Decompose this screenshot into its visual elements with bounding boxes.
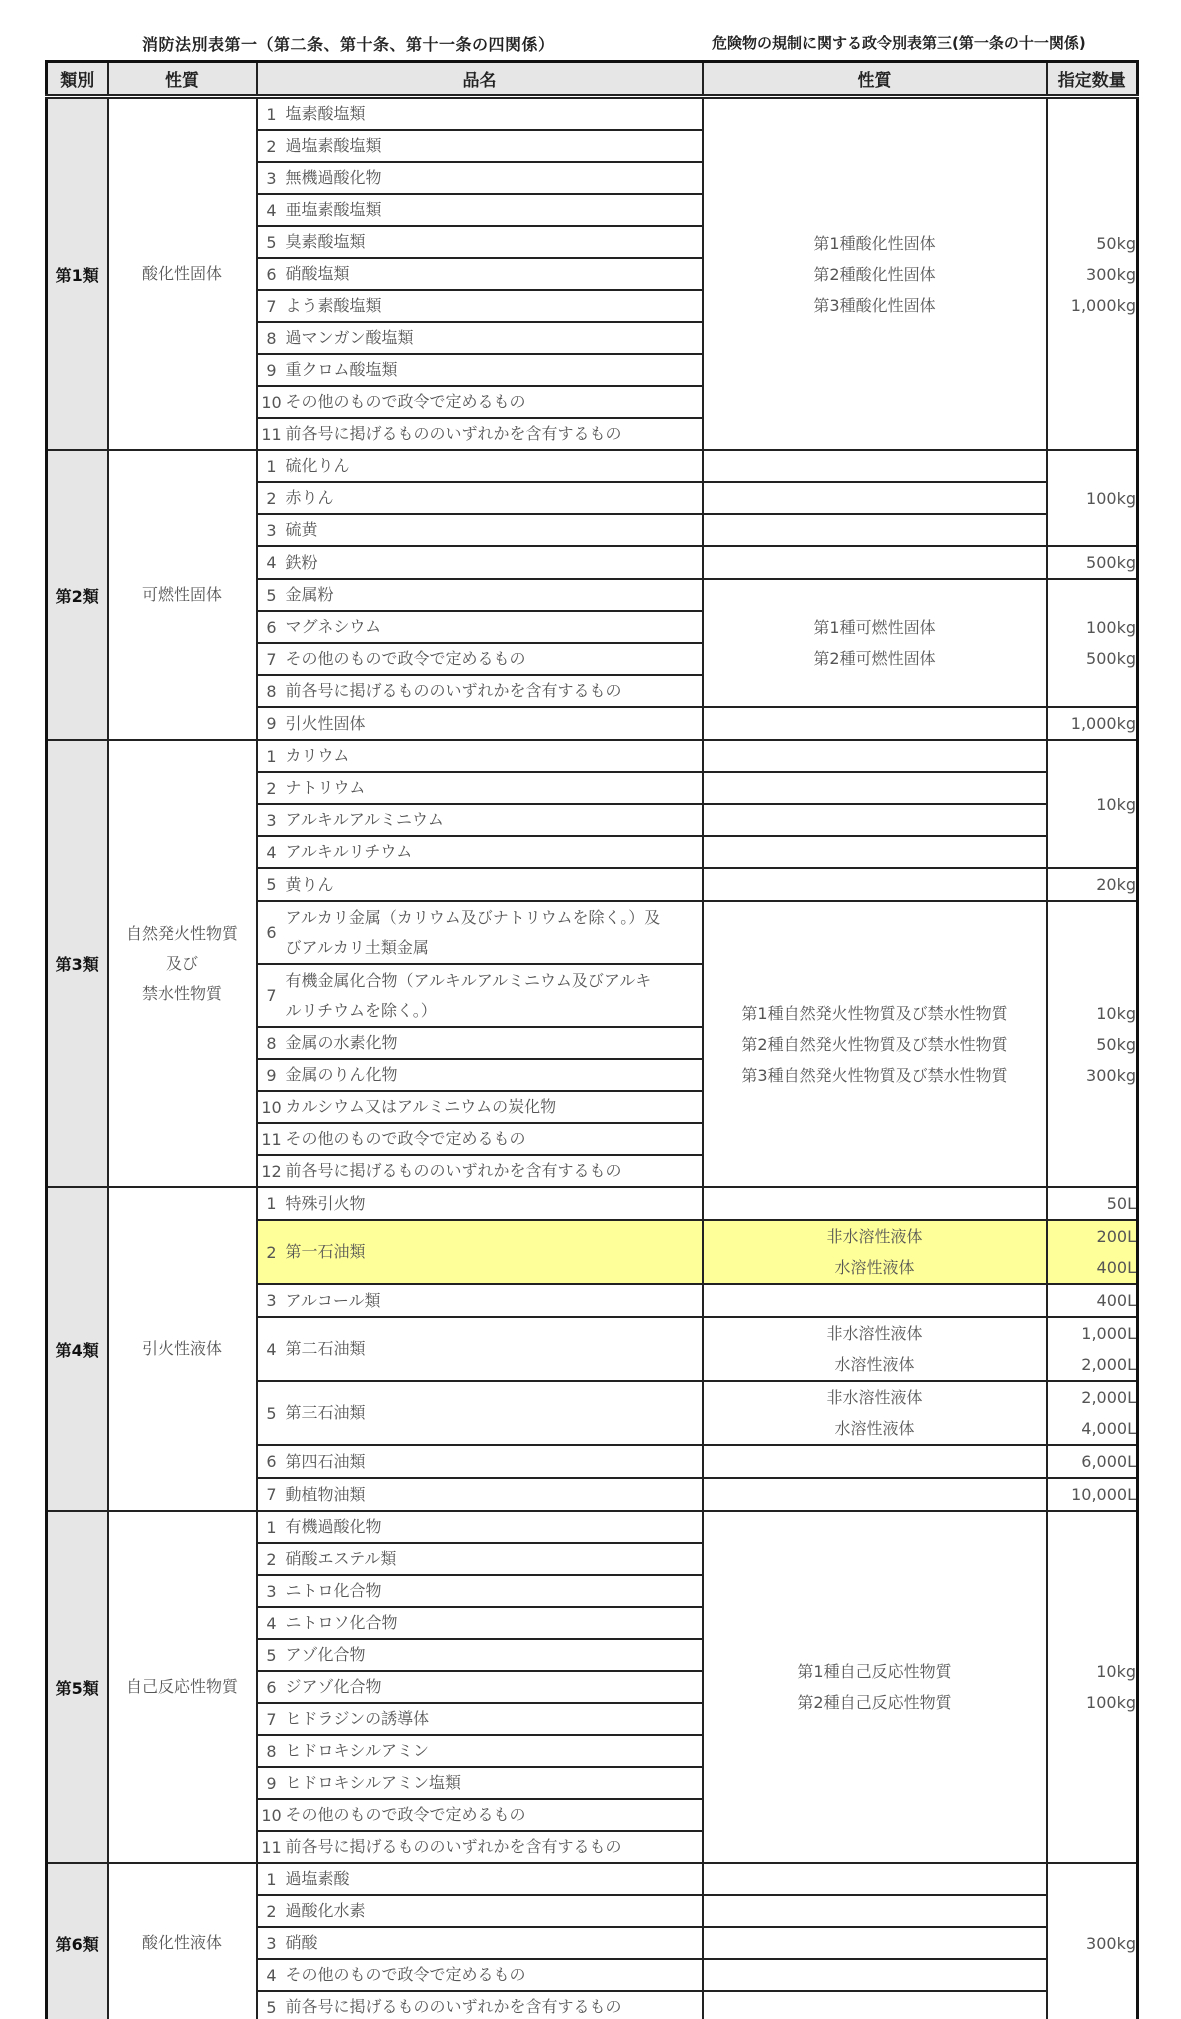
item-cell: 4第二石油類 [257,1317,703,1381]
item-name: ヒドロキシルアミン [286,1736,666,1766]
item-name: 過塩素酸塩類 [286,131,666,161]
property-cell [703,1991,1047,2019]
item-number: 3 [258,811,286,830]
item-number: 5 [258,875,286,894]
class-nature: 可燃性固体 [108,450,257,740]
header-row: 類別 性質 品名 性質 指定数量 [47,62,1138,97]
item-cell: 9金属のりん化物 [257,1059,703,1091]
table-row: 第3類 自然発火性物質 及び 禁水性物質 1カリウム 10kg [47,740,1138,772]
quantity-line: 300kg [1048,259,1137,290]
item-name: ナトリウム [286,773,666,803]
property-cell [703,546,1047,579]
property-cell [703,868,1047,901]
item-number: 6 [258,265,286,284]
quantity-line: 2,000L [1048,1382,1137,1413]
item-cell: 2硝酸エステル類 [257,1543,703,1575]
quantity-line: 1,000L [1048,1318,1137,1349]
item-cell: 2第一石油類 [257,1220,703,1284]
header-property: 性質 [703,62,1047,97]
class-label: 第6類 [47,1863,108,2019]
item-cell: 9ヒドロキシルアミン塩類 [257,1767,703,1799]
item-name: 有機金属化合物（アルキルアルミニウム及びアルキルリチウムを除く。） [286,966,666,1026]
property-line: 第3種自然発火性物質及び禁水性物質 [704,1060,1046,1091]
item-name: ヒドロキシルアミン塩類 [286,1768,666,1798]
header-quantity: 指定数量 [1047,62,1138,97]
item-name: その他のもので政令で定めるもの [286,387,666,417]
property-cell [703,740,1047,772]
item-cell: 5臭素酸塩類 [257,226,703,258]
item-cell: 8金属の水素化物 [257,1027,703,1059]
item-name: 前各号に掲げるもののいずれかを含有するもの [286,1832,666,1862]
property-cell: 非水溶性液体 水溶性液体 [703,1317,1047,1381]
hazardous-materials-table: 類別 性質 品名 性質 指定数量 第1類 酸化性固体 1塩素酸塩類 第1種酸化性… [45,60,1139,2019]
item-cell: 1塩素酸塩類 [257,97,703,131]
item-cell: 2過酸化水素 [257,1895,703,1927]
item-number: 10 [258,1098,286,1117]
item-cell: 2赤りん [257,482,703,514]
item-cell: 5金属粉 [257,579,703,611]
quantity-cell: 20kg [1047,868,1138,901]
property-cell [703,1445,1047,1478]
item-number: 2 [258,137,286,156]
quantity-cell: 10,000L [1047,1478,1138,1511]
quantity-line: 50kg [1048,228,1137,259]
item-number: 11 [258,1130,286,1149]
item-name: 第二石油類 [286,1334,666,1364]
item-name: 過マンガン酸塩類 [286,323,666,353]
quantity-cell: 500kg [1047,546,1138,579]
item-number: 4 [258,553,286,572]
item-cell: 2ナトリウム [257,772,703,804]
item-cell: 10その他のもので政令で定めるもの [257,386,703,418]
item-number: 2 [258,1550,286,1569]
property-cell: 第1種酸化性固体 第2種酸化性固体 第3種酸化性固体 [703,97,1047,451]
item-name: 第一石油類 [286,1237,666,1267]
class-label: 第5類 [47,1511,108,1863]
property-line: 第2種自己反応性物質 [704,1687,1046,1718]
property-cell [703,1187,1047,1220]
item-name: ジアゾ化合物 [286,1672,666,1702]
property-line: 第1種酸化性固体 [704,228,1046,259]
item-number: 10 [258,1806,286,1825]
item-cell: 8前各号に掲げるもののいずれかを含有するもの [257,675,703,707]
item-cell: 6アルカリ金属（カリウム及びナトリウムを除く。）及びアルカリ土類金属 [257,901,703,964]
property-cell [703,1863,1047,1895]
item-number: 3 [258,1934,286,1953]
quantity-cell: 300kg [1047,1863,1138,2019]
item-name: アゾ化合物 [286,1640,666,1670]
table-row: 第6類 酸化性液体 1過塩素酸 300kg [47,1863,1138,1895]
item-cell: 1カリウム [257,740,703,772]
item-number: 1 [258,1870,286,1889]
item-number: 9 [258,1774,286,1793]
header-class: 類別 [47,62,108,97]
nature-line: 禁水性物質 [109,979,256,1009]
item-cell: 7有機金属化合物（アルキルアルミニウム及びアルキルリチウムを除く。） [257,964,703,1027]
item-number: 7 [258,986,286,1005]
item-number: 1 [258,105,286,124]
item-cell: 4鉄粉 [257,546,703,579]
property-cell [703,772,1047,804]
item-name: 硫黄 [286,515,666,545]
item-name: 重クロム酸塩類 [286,355,666,385]
item-number: 6 [258,1452,286,1471]
quantity-line: 2,000L [1048,1349,1137,1380]
property-line: 非水溶性液体 [704,1382,1046,1413]
quantity-cell: 1,000L 2,000L [1047,1317,1138,1381]
item-name: アルキルリチウム [286,837,666,867]
item-cell: 7ヒドラジンの誘導体 [257,1703,703,1735]
class-nature: 自然発火性物質 及び 禁水性物質 [108,740,257,1187]
table-title-fire-service-act: 消防法別表第一（第二条、第十条、第十一条の四関係） [142,32,555,55]
property-line: 第2種可燃性固体 [704,643,1046,674]
class-label: 第2類 [47,450,108,740]
quantity-cell: 200L 400L [1047,1220,1138,1284]
item-name: ニトロソ化合物 [286,1608,666,1638]
item-number: 2 [258,1902,286,1921]
quantity-line: 500kg [1048,643,1137,674]
item-number: 4 [258,1614,286,1633]
property-line: 水溶性液体 [704,1349,1046,1380]
property-cell: 非水溶性液体 水溶性液体 [703,1381,1047,1445]
item-cell: 3アルキルアルミニウム [257,804,703,836]
nature-line: 酸化性液体 [109,1928,256,1958]
property-cell [703,707,1047,740]
item-number: 3 [258,1291,286,1310]
item-name: 第四石油類 [286,1447,666,1477]
item-cell: 1特殊引火物 [257,1187,703,1220]
item-cell: 4ニトロソ化合物 [257,1607,703,1639]
item-name: カリウム [286,741,666,771]
item-name: 特殊引火物 [286,1189,666,1219]
item-cell: 5アゾ化合物 [257,1639,703,1671]
item-cell: 11前各号に掲げるもののいずれかを含有するもの [257,418,703,450]
item-cell: 5前各号に掲げるもののいずれかを含有するもの [257,1991,703,2019]
property-cell [703,836,1047,868]
item-cell: 10その他のもので政令で定めるもの [257,1799,703,1831]
quantity-line: 100kg [1048,1687,1137,1718]
nature-line: 及び [109,949,256,979]
item-cell: 3硫黄 [257,514,703,546]
item-name: 金属のりん化物 [286,1060,666,1090]
quantity-line: 300kg [1048,1060,1137,1091]
item-cell: 11その他のもので政令で定めるもの [257,1123,703,1155]
item-name: カルシウム又はアルミニウムの炭化物 [286,1092,666,1122]
item-cell: 1硫化りん [257,450,703,482]
item-number: 1 [258,747,286,766]
item-name: 前各号に掲げるもののいずれかを含有するもの [286,1156,666,1186]
nature-line: 引火性液体 [109,1334,256,1364]
item-name: 硫化りん [286,451,666,481]
quantity-cell: 2,000L 4,000L [1047,1381,1138,1445]
property-cell [703,1895,1047,1927]
quantity-cell: 100kg [1047,450,1138,546]
property-line: 非水溶性液体 [704,1318,1046,1349]
class-label: 第4類 [47,1187,108,1511]
item-cell: 6第四石油類 [257,1445,703,1478]
class-label: 第3類 [47,740,108,1187]
item-number: 1 [258,457,286,476]
item-number: 7 [258,1710,286,1729]
item-number: 3 [258,521,286,540]
item-number: 6 [258,618,286,637]
quantity-line: 4,000L [1048,1413,1137,1444]
quantity-line: 10kg [1048,1656,1137,1687]
item-number: 5 [258,1998,286,2017]
item-name: 過酸化水素 [286,1896,666,1926]
item-number: 4 [258,1340,286,1359]
quantity-cell: 10kg [1047,740,1138,868]
property-cell [703,482,1047,514]
property-line: 非水溶性液体 [704,1221,1046,1252]
item-cell: 7その他のもので政令で定めるもの [257,643,703,675]
item-number: 4 [258,1966,286,1985]
item-name: 硝酸エステル類 [286,1544,666,1574]
item-cell: 7動植物油類 [257,1478,703,1511]
property-line: 第1種自然発火性物質及び禁水性物質 [704,998,1046,1029]
item-number: 8 [258,1034,286,1053]
item-number: 2 [258,1243,286,1262]
item-cell: 3硝酸 [257,1927,703,1959]
property-line: 第1種自己反応性物質 [704,1656,1046,1687]
item-name: 引火性固体 [286,709,666,739]
item-number: 11 [258,1838,286,1857]
item-name: その他のもので政令で定めるもの [286,644,666,674]
item-name: 有機過酸化物 [286,1512,666,1542]
item-cell: 9引火性固体 [257,707,703,740]
item-number: 4 [258,843,286,862]
item-number: 9 [258,361,286,380]
quantity-line: 10kg [1048,998,1137,1029]
item-number: 2 [258,489,286,508]
item-name: 黄りん [286,870,666,900]
header-nature: 性質 [108,62,257,97]
property-cell [703,450,1047,482]
item-name: 金属粉 [286,580,666,610]
item-name: 無機過酸化物 [286,163,666,193]
property-line: 第1種可燃性固体 [704,612,1046,643]
item-cell: 9重クロム酸塩類 [257,354,703,386]
quantity-line: 200L [1048,1221,1137,1252]
item-name: マグネシウム [286,612,666,642]
quantity-cell: 50kg 300kg 1,000kg [1047,97,1138,451]
quantity-cell: 100kg 500kg [1047,579,1138,707]
quantity-line: 400L [1048,1252,1137,1283]
item-name: アルキルアルミニウム [286,805,666,835]
class-nature: 引火性液体 [108,1187,257,1511]
item-cell: 4亜塩素酸塩類 [257,194,703,226]
item-number: 9 [258,1066,286,1085]
class-nature: 自己反応性物質 [108,1511,257,1863]
quantity-cell: 1,000kg [1047,707,1138,740]
property-cell: 第1種自然発火性物質及び禁水性物質 第2種自然発火性物質及び禁水性物質 第3種自… [703,901,1047,1187]
property-cell [703,1284,1047,1317]
table-row: 第4類 引火性液体 1特殊引火物 50L [47,1187,1138,1220]
item-cell: 4その他のもので政令で定めるもの [257,1959,703,1991]
property-cell: 第1種可燃性固体 第2種可燃性固体 [703,579,1047,707]
item-number: 2 [258,779,286,798]
property-cell [703,1959,1047,1991]
item-name: 亜塩素酸塩類 [286,195,666,225]
item-name: 赤りん [286,483,666,513]
item-cell: 2過塩素酸塩類 [257,130,703,162]
item-name: その他のもので政令で定めるもの [286,1124,666,1154]
property-line: 第2種酸化性固体 [704,259,1046,290]
quantity-line: 1,000kg [1048,290,1137,321]
item-name: 第三石油類 [286,1398,666,1428]
header-item: 品名 [257,62,703,97]
item-name: 硝酸塩類 [286,259,666,289]
item-cell: 5黄りん [257,868,703,901]
item-name: 金属の水素化物 [286,1028,666,1058]
property-line: 第3種酸化性固体 [704,290,1046,321]
item-number: 3 [258,169,286,188]
item-number: 6 [258,1678,286,1697]
item-cell: 4アルキルリチウム [257,836,703,868]
item-number: 5 [258,1404,286,1423]
item-number: 10 [258,393,286,412]
class-nature: 酸化性固体 [108,97,257,451]
item-cell: 8過マンガン酸塩類 [257,322,703,354]
item-number: 4 [258,201,286,220]
item-number: 8 [258,329,286,348]
item-number: 6 [258,923,286,942]
item-number: 1 [258,1194,286,1213]
item-name: 動植物油類 [286,1480,666,1510]
item-name: ヒドラジンの誘導体 [286,1704,666,1734]
quantity-cell: 6,000L [1047,1445,1138,1478]
quantity-cell: 50L [1047,1187,1138,1220]
class-label: 第1類 [47,97,108,451]
property-cell [703,514,1047,546]
item-name: その他のもので政令で定めるもの [286,1960,666,1990]
item-name: 前各号に掲げるもののいずれかを含有するもの [286,419,666,449]
item-number: 3 [258,1582,286,1601]
quantity-cell: 10kg 100kg [1047,1511,1138,1863]
nature-line: 自己反応性物質 [109,1672,256,1702]
item-cell: 6ジアゾ化合物 [257,1671,703,1703]
item-name: 過塩素酸 [286,1864,666,1894]
item-cell: 12前各号に掲げるもののいずれかを含有するもの [257,1155,703,1187]
property-line: 水溶性液体 [704,1252,1046,1283]
property-line: 第2種自然発火性物質及び禁水性物質 [704,1029,1046,1060]
nature-line: 酸化性固体 [109,259,256,289]
item-number: 1 [258,1518,286,1537]
item-name: 硝酸 [286,1928,666,1958]
item-number: 5 [258,586,286,605]
item-cell: 3無機過酸化物 [257,162,703,194]
class-nature: 酸化性液体 [108,1863,257,2019]
item-cell: 3ニトロ化合物 [257,1575,703,1607]
quantity-line: 50kg [1048,1029,1137,1060]
item-cell: 1有機過酸化物 [257,1511,703,1543]
property-cell [703,1927,1047,1959]
item-name: 臭素酸塩類 [286,227,666,257]
item-number: 11 [258,425,286,444]
quantity-cell: 10kg 50kg 300kg [1047,901,1138,1187]
item-number: 12 [258,1162,286,1181]
item-number: 8 [258,1742,286,1761]
table-row: 第1類 酸化性固体 1塩素酸塩類 第1種酸化性固体 第2種酸化性固体 第3種酸化… [47,97,1138,131]
property-line: 水溶性液体 [704,1413,1046,1444]
item-cell: 3アルコール類 [257,1284,703,1317]
item-cell: 1過塩素酸 [257,1863,703,1895]
item-number: 5 [258,233,286,252]
property-cell [703,804,1047,836]
item-name: 塩素酸塩類 [286,99,666,129]
item-name: 前各号に掲げるもののいずれかを含有するもの [286,1992,666,2019]
item-cell: 7よう素酸塩類 [257,290,703,322]
item-number: 7 [258,650,286,669]
item-cell: 10カルシウム又はアルミニウムの炭化物 [257,1091,703,1123]
item-number: 5 [258,1646,286,1665]
property-cell: 第1種自己反応性物質 第2種自己反応性物質 [703,1511,1047,1863]
nature-line: 可燃性固体 [109,580,256,610]
item-cell: 5第三石油類 [257,1381,703,1445]
item-number: 9 [258,714,286,733]
item-name: 鉄粉 [286,548,666,578]
item-cell: 6硝酸塩類 [257,258,703,290]
table-row: 第5類 自己反応性物質 1有機過酸化物 第1種自己反応性物質 第2種自己反応性物… [47,1511,1138,1543]
property-cell: 非水溶性液体 水溶性液体 [703,1220,1047,1284]
quantity-line: 100kg [1048,612,1137,643]
item-cell: 6マグネシウム [257,611,703,643]
item-cell: 11前各号に掲げるもののいずれかを含有するもの [257,1831,703,1863]
item-number: 8 [258,682,286,701]
table-row: 第2類 可燃性固体 1硫化りん 100kg [47,450,1138,482]
item-name: ニトロ化合物 [286,1576,666,1606]
item-name: アルカリ金属（カリウム及びナトリウムを除く。）及びアルカリ土類金属 [286,903,666,963]
nature-line: 自然発火性物質 [109,919,256,949]
table-title-cabinet-order: 危険物の規制に関する政令別表第三(第一条の十一関係) [712,32,1086,53]
quantity-cell: 400L [1047,1284,1138,1317]
item-name: アルコール類 [286,1286,666,1316]
property-cell [703,1478,1047,1511]
item-cell: 8ヒドロキシルアミン [257,1735,703,1767]
item-number: 7 [258,1485,286,1504]
item-name: その他のもので政令で定めるもの [286,1800,666,1830]
item-number: 7 [258,297,286,316]
item-name: 前各号に掲げるもののいずれかを含有するもの [286,676,666,706]
item-name: よう素酸塩類 [286,291,666,321]
